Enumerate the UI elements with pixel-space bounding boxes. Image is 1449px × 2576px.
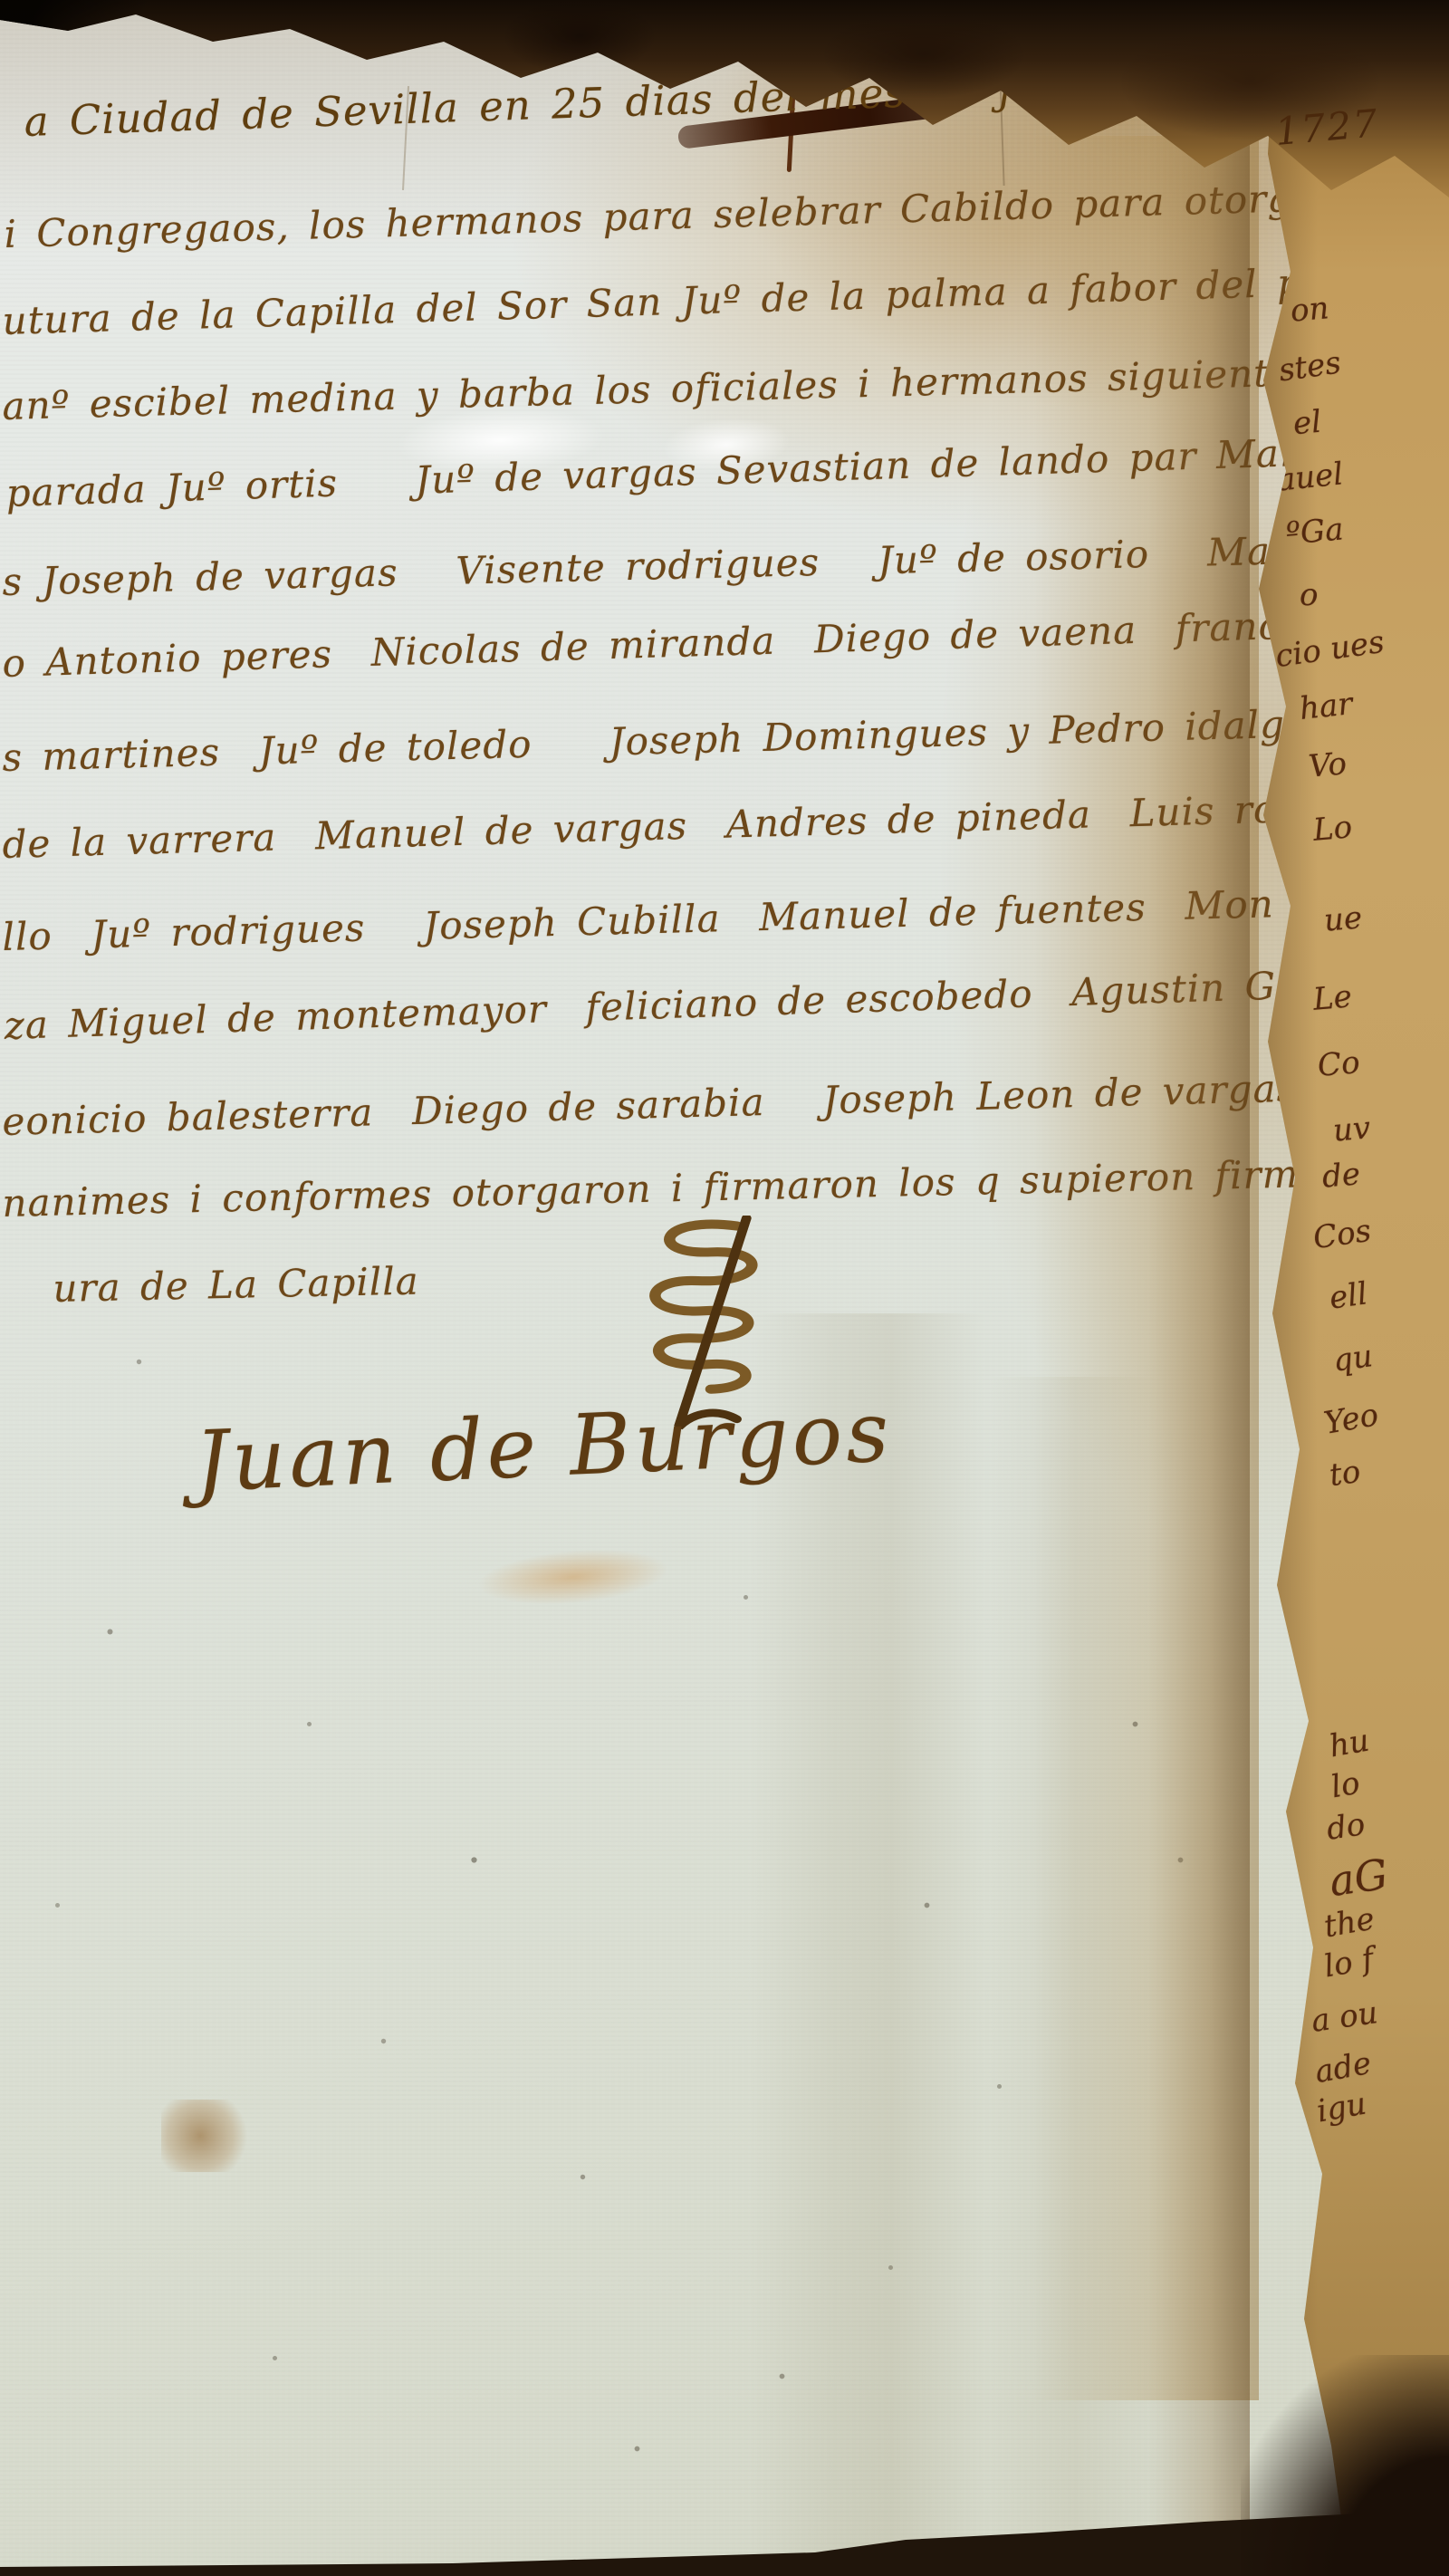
ink-stain xyxy=(161,2100,248,2172)
margin-text-fragment: do xyxy=(1325,1809,1367,1845)
margin-text-fragment: o xyxy=(1300,580,1318,610)
margin-text-fragment: igu xyxy=(1314,2089,1368,2128)
photo-corner-shadow xyxy=(1241,2355,1449,2576)
year-inscription: 1727 xyxy=(1273,104,1380,151)
manuscript-line: ura de La Capilla xyxy=(53,1263,419,1308)
margin-text-fragment: auel xyxy=(1275,458,1344,495)
margin-text-fragment: aG xyxy=(1327,1853,1390,1902)
margin-text-fragment: hu xyxy=(1327,1725,1371,1762)
margin-text-fragment: Vo xyxy=(1308,748,1348,783)
margin-text-fragment: uv xyxy=(1332,1112,1372,1146)
margin-text-fragment: el xyxy=(1292,407,1323,440)
margin-text-fragment: Cos xyxy=(1311,1216,1373,1254)
margin-text-fragment: ºGa xyxy=(1285,514,1345,549)
margin-text-fragment: Lo xyxy=(1312,812,1354,846)
margin-text-fragment: de xyxy=(1321,1158,1362,1193)
torn-edge-shadow xyxy=(1148,0,1250,2576)
manuscript-photo: a Ciudad de Sevilla en 25 dias del mes d… xyxy=(0,0,1449,2576)
margin-text-fragment: lo f xyxy=(1321,1944,1376,1983)
margin-text-fragment: ue xyxy=(1323,902,1364,937)
margin-text-fragment: a ou xyxy=(1310,1997,1379,2037)
margin-text-fragment: ade xyxy=(1313,2048,1374,2088)
margin-text-fragment: stes xyxy=(1277,347,1343,386)
paper-shading-band xyxy=(989,1377,1161,2554)
paper-shading-band xyxy=(750,1313,985,2576)
margin-text-fragment: on xyxy=(1290,293,1330,327)
margin-text-fragment: qu xyxy=(1331,1341,1375,1377)
margin-text-fragment: har xyxy=(1298,688,1354,725)
margin-text-fragment: ell xyxy=(1328,1278,1369,1313)
margin-text-fragment: the xyxy=(1321,1903,1377,1942)
margin-text-fragment: cio ues xyxy=(1273,627,1386,672)
margin-text-fragment: lo xyxy=(1329,1768,1362,1803)
margin-text-fragment: to xyxy=(1328,1456,1363,1491)
margin-text-fragment: Yeo xyxy=(1322,1399,1381,1439)
margin-text-fragment: Co xyxy=(1317,1047,1361,1081)
margin-text-fragment: Le xyxy=(1312,981,1354,1015)
